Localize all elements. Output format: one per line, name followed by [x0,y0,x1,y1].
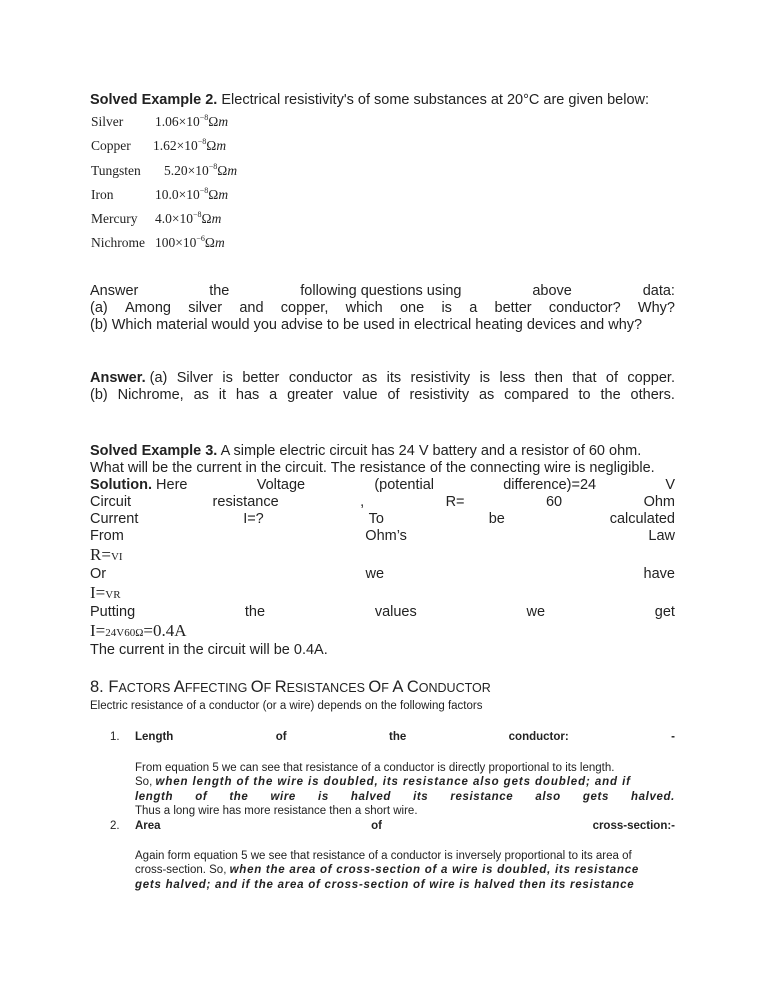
word: silver [188,300,222,317]
word: From [90,528,124,545]
list-item-2-body: Again form equation 5 we see that resist… [135,849,675,892]
word: its [387,370,402,387]
solution-line1: Solution. HereVoltage(potentialdifferenc… [90,477,675,494]
word: resistance [450,790,513,804]
word: wire [271,790,296,804]
answer-a: Answer.(a)Silverisbetterconductorasitsre… [90,370,675,387]
word: which [346,300,383,317]
word: data: [643,283,675,300]
eq3-lhs: I= [90,621,105,640]
word: have [644,566,675,583]
word: I=? [243,511,264,528]
word: cross-section:- [593,819,675,833]
equation-current: I=VR [90,583,675,603]
item1-line3: lengthofthewireishalveditsresistancealso… [135,790,675,804]
word: it [219,387,226,404]
eq2-rhs: VR [105,589,120,601]
item1-line2: So, when length of the wire is doubled, … [135,775,675,789]
solution-line6: Puttingthevaluesweget [90,604,675,621]
material-name: Iron [91,185,155,205]
item1-line1: From equation 5 we can see that resistan… [135,761,675,775]
word: of [276,730,287,744]
word: Law [648,528,675,545]
eq1-lhs: R= [90,545,111,564]
word: Putting [90,604,135,621]
word: (potential [374,477,434,494]
word: conductor: [509,730,569,744]
word: of [606,370,618,387]
word: To [369,511,384,528]
word: better [495,300,532,317]
word: Among [125,300,171,317]
word: Silver [177,370,213,387]
questions-intro: Answerthefollowing questions usingaboved… [90,283,675,300]
word: also [535,790,560,804]
word: greater [287,387,333,404]
word: Circuit [90,494,131,511]
solution-line5: Orwehave [90,566,675,583]
list-item-2-title: 2. Areaofcross-section:- [110,819,675,833]
word: - [671,730,675,744]
eq1-rhs: VI [111,551,123,563]
equation-values: I=24V60Ω=0.4A [90,621,675,641]
word: Ohm’s [365,528,407,545]
word: halved. [631,790,675,804]
word: the [389,730,406,744]
word: as [194,387,209,404]
word: one [400,300,424,317]
word: we [527,604,546,621]
word: is [480,370,490,387]
word: has [236,387,259,404]
item1-line2-plain: So, [135,776,155,788]
word: a [469,300,477,317]
solution-line4: FromOhm’sLaw [90,528,675,545]
word: copper. [627,370,675,387]
word: compared [504,387,568,404]
resistivity-value: 10.0×10−8Ωm [155,187,228,202]
resistivity-row: Copper1.62×10−8Ωm [91,132,237,156]
word: that [572,370,596,387]
word: R= [446,494,465,511]
word: Current [90,511,138,528]
resistivity-row: Mercury4.0×10−8Ωm [91,205,237,229]
word: and [239,300,263,317]
item2-line2: cross-section. So, when the area of cros… [135,863,675,877]
item1-line2-bold: when length of the wire is doubled, its … [155,776,630,788]
resistivity-row: Silver1.06×10−8Ωm [91,108,237,132]
item2-line1: Again form equation 5 we see that resist… [135,849,675,863]
resistivity-table: Silver1.06×10−8ΩmCopper1.62×10−8ΩmTungst… [91,108,237,254]
word: Answer [90,283,138,300]
example3-line1-text: A simple electric circuit has 24 V batte… [217,443,641,459]
example2-label: Solved Example 2. [90,92,217,108]
resistivity-value: 1.06×10−8Ωm [155,114,228,129]
word: value [343,387,378,404]
word: others. [631,387,675,404]
word: Ohm [644,494,675,511]
word: Area [135,819,161,833]
resistivity-value: 1.62×10−8Ωm [153,138,226,153]
example3-line2: What will be the current in the circuit.… [90,460,675,477]
word: we [366,566,385,583]
conclusion: The current in the circuit will be 0.4A. [90,642,675,659]
word: gets [583,790,609,804]
word: Length [135,730,173,744]
solution-line2: Circuitresistance,R=60Ohm [90,494,675,511]
word: halved [351,790,391,804]
resistivity-row: Iron10.0×10−8Ωm [91,181,237,205]
word: resistivity [411,370,471,387]
eq3-result: =0.4A [143,621,186,640]
word: (b) [90,387,108,404]
word: of [195,790,207,804]
word: resistance [213,494,279,511]
answer-b: (b)Nichrome,asithasagreatervalueofresist… [90,387,675,404]
eq2-lhs: I= [90,583,105,602]
solution-line3: CurrentI=?Tobecalculated [90,511,675,528]
word: a [269,387,277,404]
example3-line1: Solved Example 3. A simple electric circ… [90,443,675,460]
word: values [375,604,417,621]
eq3-fraction: 24V60Ω [105,627,143,639]
equation-ohms-law: R=VI [90,545,675,565]
word: is [441,300,451,317]
resistivity-value: 5.20×10−8Ωm [164,163,237,178]
resistivity-value: 4.0×10−8Ωm [155,211,221,226]
example3-label: Solved Example 3. [90,443,217,459]
word: conductor [289,370,353,387]
word: resistivity [409,387,469,404]
word: copper, [281,300,329,317]
word: calculated [610,511,675,528]
section-heading: 8. FACTORS AFFECTING OF RESISTANCES OF A… [90,678,675,697]
word: V [665,477,675,494]
item2-line2-bold: when the area of cross-section of a wire… [230,864,639,876]
word: as [479,387,494,404]
resistivity-row: Nichrome100×10−6Ωm [91,229,237,253]
list-item-1-title: 1. Lengthoftheconductor:- [110,730,675,744]
word: is [222,370,232,387]
answer-label: Answer. [90,370,146,387]
item1-line4: Thus a long wire has more resistance the… [135,804,675,818]
word: is [318,790,329,804]
material-name: Tungsten [91,161,164,181]
word: its [413,790,428,804]
material-name: Copper [91,136,153,156]
word: then [535,370,563,387]
word: , [360,494,364,511]
word: the [245,604,265,621]
word: of [371,819,382,833]
word: as [362,370,377,387]
word: less [499,370,525,387]
word: get [655,604,675,621]
item2-line3: gets halved; and if the area of cross-se… [135,878,675,892]
resistivity-value: 100×10−6Ωm [155,235,225,250]
material-name: Mercury [91,209,155,229]
word: above [532,283,572,300]
word: (a) [90,300,108,317]
section-intro: Electric resistance of a conductor (or a… [90,699,675,713]
list-item-1-body: From equation 5 we can see that resistan… [135,761,675,818]
word: of [387,387,399,404]
material-name: Silver [91,112,155,132]
word: conductor? [549,300,621,317]
word: the [600,387,620,404]
word: Voltage [257,477,305,494]
word: the [229,790,248,804]
word: Why? [638,300,675,317]
word: (a) [150,370,168,387]
word: be [489,511,505,528]
word: Or [90,566,106,583]
word: 60 [546,494,562,511]
word: difference)=24 [503,477,596,494]
heading-number: 8. [90,678,108,696]
list-number: 2. [110,819,132,833]
question-a: (a)Amongsilverandcopper,whichoneisabette… [90,300,675,317]
solution-label: Solution. [90,477,152,493]
material-name: Nichrome [91,233,155,253]
resistivity-row: Tungsten5.20×10−8Ωm [91,157,237,181]
word: length [135,790,173,804]
word: Nichrome, [118,387,184,404]
question-b: (b) Which material would you advise to b… [90,317,675,334]
example2-intro-text: Electrical resistivity's of some substan… [221,92,649,108]
word: the [209,283,229,300]
word: to [579,387,591,404]
example2-intro: Solved Example 2. Electrical resistivity… [90,92,675,109]
word: better [242,370,279,387]
item2-line2-plain: cross-section. So, [135,864,230,876]
word: following questions using [300,283,461,300]
list-number: 1. [110,730,132,744]
